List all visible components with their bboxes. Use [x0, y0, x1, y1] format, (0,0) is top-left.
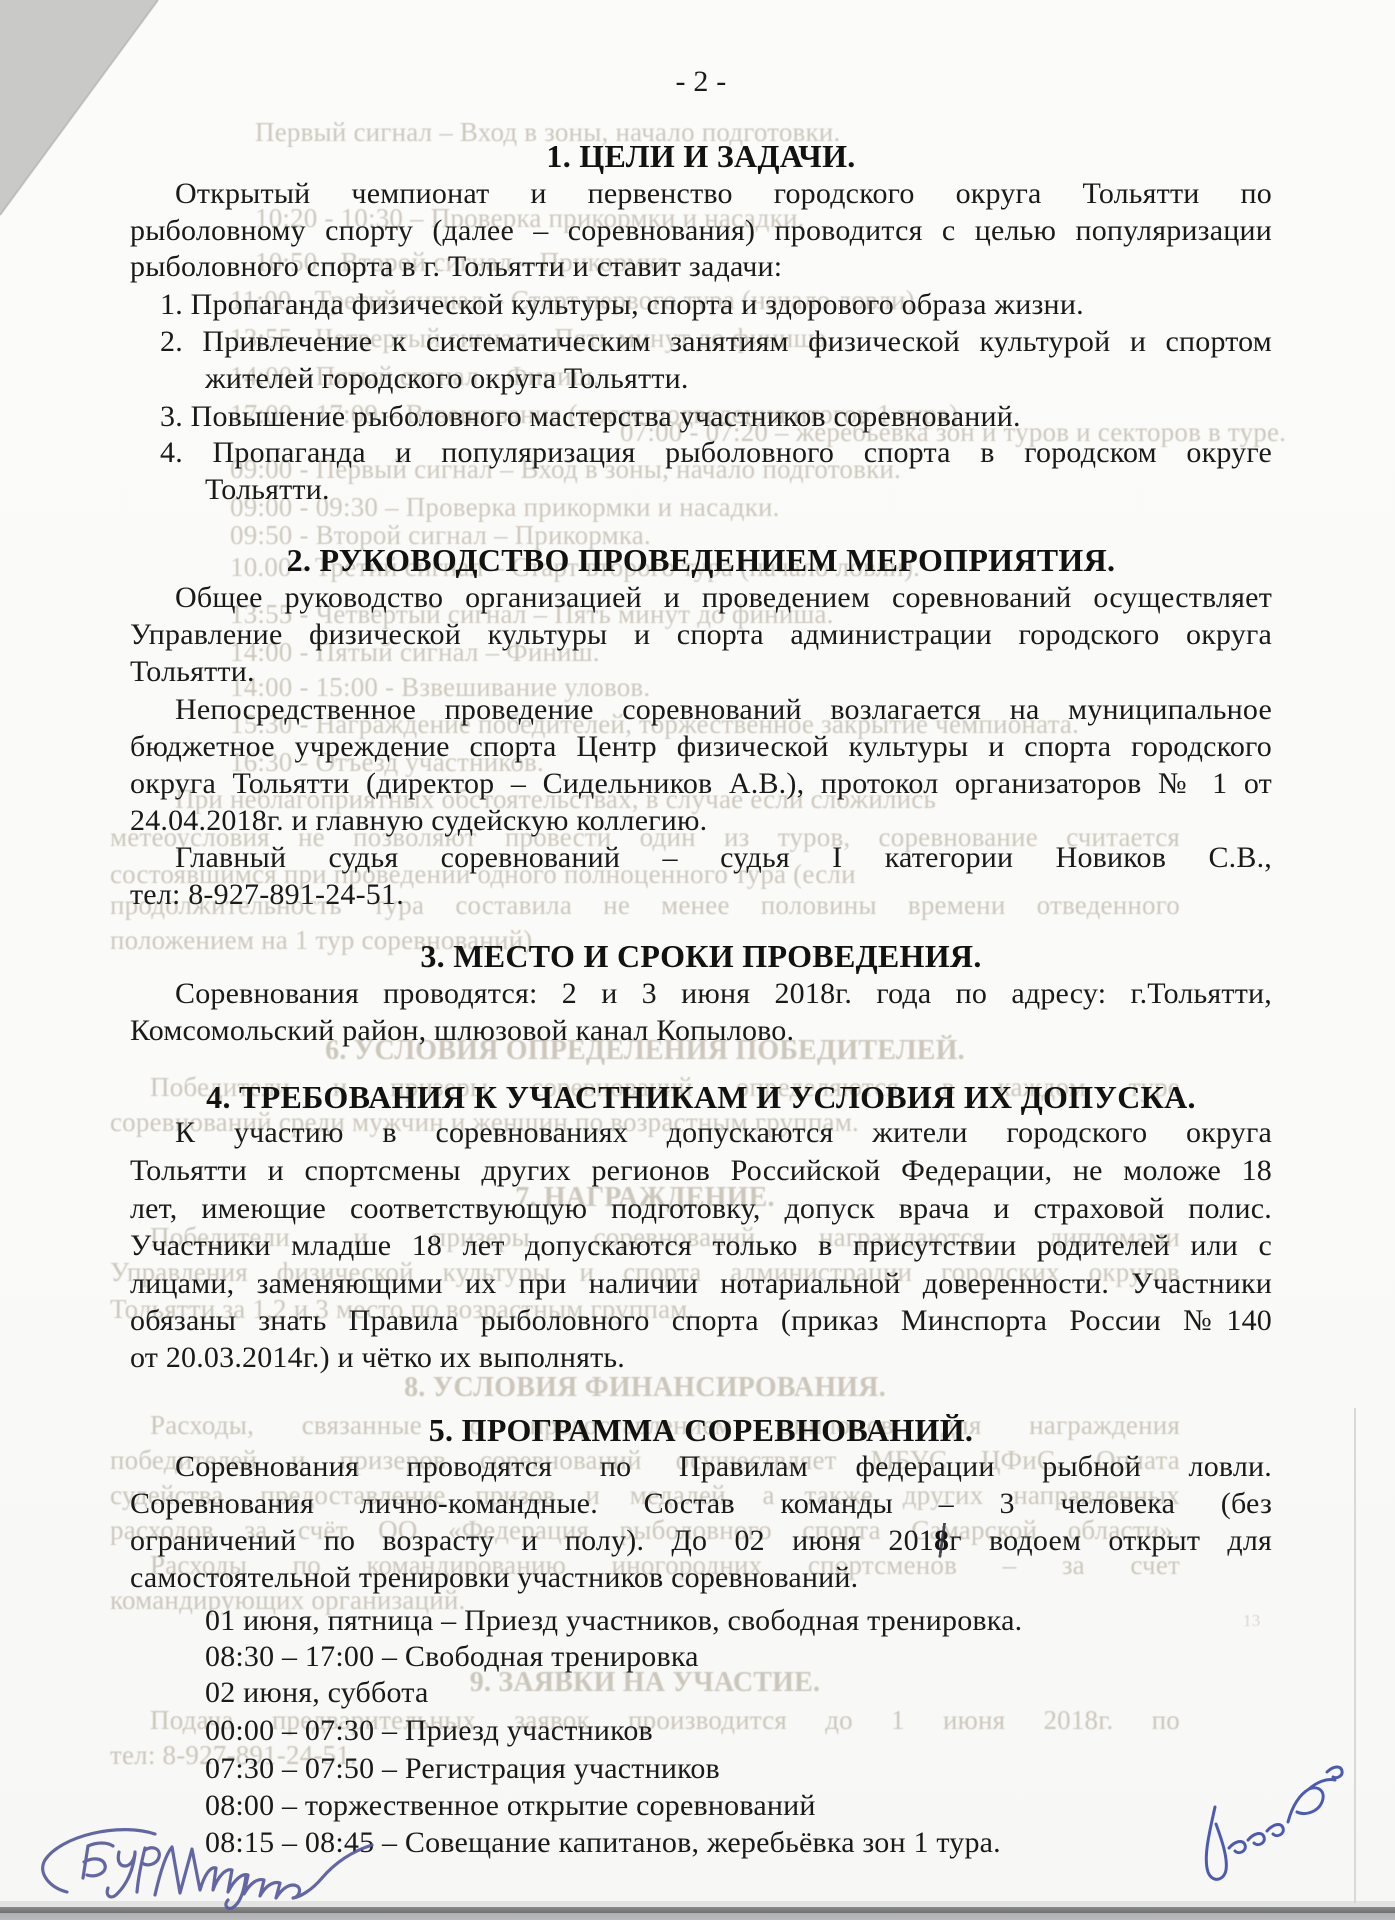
- text-line: 01 июня, пятница – Приезд участников, св…: [205, 1603, 1022, 1639]
- text-line: обязаны знать Правила рыболовного спорта…: [130, 1303, 1272, 1341]
- scanner-bed-strip: [0, 1913, 1395, 1920]
- text-line: 07:30 – 07:50 – Регистрация участников: [205, 1751, 720, 1787]
- text-line: 08:30 – 17:00 – Свободная тренировка: [205, 1639, 699, 1675]
- text-line: 2. Привлечение к систематическим занятия…: [160, 324, 1272, 362]
- text-line: 1. Пропаганда физической культуры, спорт…: [160, 287, 1084, 323]
- text-line: 02 июня, суббота: [205, 1675, 428, 1711]
- text-line: Управление физической культуры и спорта …: [130, 617, 1272, 655]
- scanned-document-page: { "page": { "kind": "scanned paper docum…: [0, 0, 1395, 1920]
- text-line: рыболовного спорта в г. Тольятти и стави…: [130, 249, 782, 285]
- text-line: 5. ПРОГРАММА СОРЕВНОВАНИЙ.: [130, 1412, 1272, 1448]
- text-line: Участники младше 18 лет допускаются толь…: [130, 1228, 1272, 1266]
- text-line: от 20.03.2014г.) и чётко их выполнять.: [130, 1340, 625, 1376]
- line-text: ограничений по возрасту и полу). До 02 и…: [130, 1524, 934, 1557]
- line-text: г водоем открыт для: [949, 1524, 1272, 1557]
- text-line: лицами, заменяющими их при наличии нотар…: [130, 1266, 1272, 1304]
- text-line: 4. Пропаганда и популяризация рыболовног…: [160, 435, 1272, 473]
- text-line: Тольятти.: [130, 654, 255, 690]
- signature-right-diagonal: [1193, 1762, 1345, 1888]
- text-line: Открытый чемпионат и первенство городско…: [175, 176, 1272, 214]
- text-line: 3. МЕСТО И СРОКИ ПРОВЕДЕНИЯ.: [130, 938, 1272, 974]
- text-line: тел: 8-927-891-24-51.: [130, 877, 404, 913]
- text-line: 08:00 – торжественное открытие соревнова…: [205, 1788, 816, 1824]
- text-line: Общее руководство организацией и проведе…: [175, 580, 1272, 618]
- text-line: Соревнования проводятся по Правилам феде…: [175, 1449, 1272, 1487]
- ghost-line: 13: [1243, 1604, 1260, 1637]
- text-line: 1. ЦЕЛИ И ЗАДАЧИ.: [130, 138, 1272, 174]
- text-line: Главный судья соревнований – судья I кат…: [175, 840, 1272, 878]
- text-line: 2. РУКОВОДСТВО ПРОВЕДЕНИЕМ МЕРОПРИЯТИЯ.: [130, 542, 1272, 578]
- handwritten-correction-mark: 8: [934, 1523, 949, 1559]
- text-line: рыболовному спорту (далее – соревнования…: [130, 213, 1272, 251]
- text-line: Тольятти и спортсмены других регионов Ро…: [130, 1153, 1272, 1191]
- text-line: Непосредственное проведение соревнований…: [175, 692, 1272, 730]
- text-line: жителей городского округа Тольятти.: [205, 361, 689, 397]
- paper-right-edge-line: [1354, 1408, 1356, 1903]
- text-line: ограничений по возрасту и полу). До 02 и…: [130, 1523, 1272, 1561]
- text-line: Тольятти.: [205, 472, 330, 508]
- text-line: Соревнования проводятся: 2 и 3 июня 2018…: [175, 976, 1272, 1014]
- text-line: округа Тольятти (директор – Сидельников …: [130, 766, 1272, 804]
- signature-left-first: [33, 1820, 165, 1904]
- text-line: бюджетное учреждение спорта Центр физиче…: [130, 729, 1272, 767]
- text-line: 00:00 – 07:30 – Приезд участников: [205, 1713, 653, 1749]
- text-line: 24.04.2018г. и главную судейскую коллеги…: [130, 803, 707, 839]
- text-line: 3. Повышение рыболовного мастерства учас…: [160, 399, 1021, 435]
- text-line: - 2 -: [130, 64, 1272, 100]
- signature-left-second: [150, 1840, 378, 1912]
- text-line: Комсомольский район, шлюзовой канал Копы…: [130, 1013, 794, 1049]
- text-line: Соревнования лично-командные. Состав ком…: [130, 1486, 1272, 1524]
- text-line: К участию в соревнованиях допускаются жи…: [175, 1115, 1272, 1153]
- text-line: 4. ТРЕБОВАНИЯ К УЧАСТНИКАМ И УСЛОВИЯ ИХ …: [130, 1079, 1272, 1115]
- text-line: лет, имеющие соответствующую подготовку,…: [130, 1191, 1272, 1229]
- text-line: самостоятельной тренировки участников со…: [130, 1560, 858, 1596]
